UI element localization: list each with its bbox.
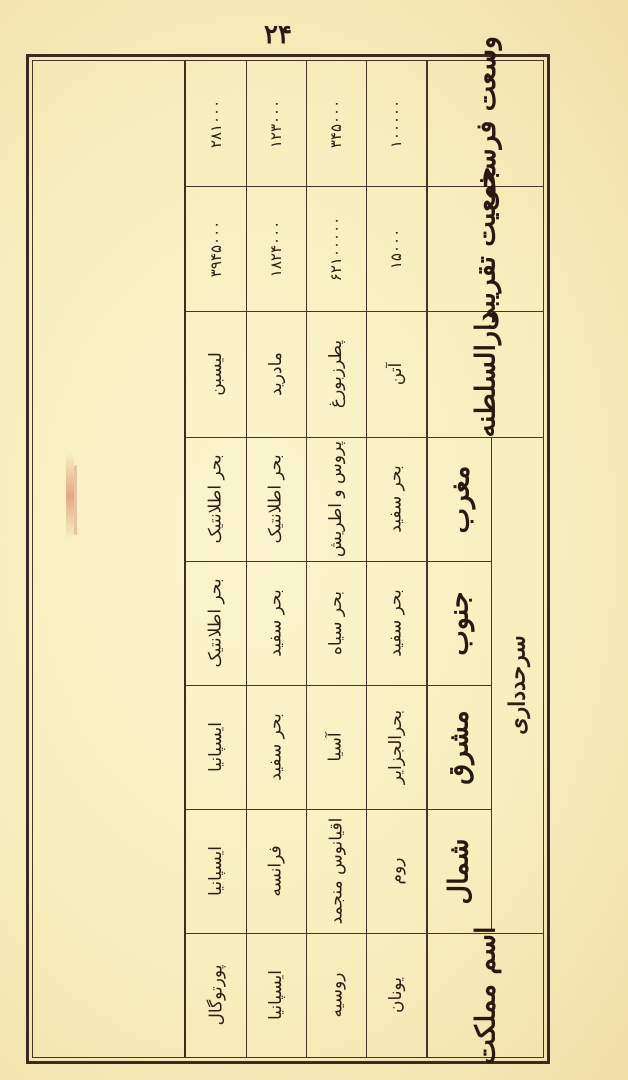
- cell-population: ۱۸۲۴۰۰۰: [246, 186, 306, 311]
- cell-country: ایسپانیا: [246, 933, 306, 1057]
- header-west: مغرب: [428, 437, 491, 561]
- cell-west: بحر اطلانتیک: [186, 437, 246, 561]
- cell-capital: مادرید: [246, 311, 306, 437]
- cell-country: پورتوگال: [186, 933, 246, 1057]
- cell-area: ۱۰۰۰۰۰: [366, 61, 426, 186]
- blank-margin-area: [33, 61, 183, 1057]
- header-south: جنوب: [428, 561, 491, 685]
- header-country: اسم مملکت: [428, 933, 544, 1057]
- header-population: جمعیت تقریبی: [428, 186, 544, 311]
- header-north: شمال: [428, 809, 491, 933]
- cell-north: فرانسه: [246, 809, 306, 933]
- cell-north: روم: [366, 809, 426, 933]
- header-capital: دارالسلطنه: [428, 311, 544, 437]
- header-east: مشرق: [428, 685, 491, 809]
- cell-east: ایسپانیا: [186, 685, 246, 809]
- cell-capital: لیسبن: [186, 311, 246, 437]
- cell-east: آسیا: [306, 685, 366, 809]
- cell-population: ۱۵۰۰۰: [366, 186, 426, 311]
- cell-north: ایسپانیا: [186, 809, 246, 933]
- page-number: ۲۴: [258, 18, 298, 52]
- cell-west: بحر اطلانتیک: [246, 437, 306, 561]
- ink-stain-faint: [74, 465, 77, 535]
- cell-south: بحر سیاه: [306, 561, 366, 685]
- cell-country: یونان: [366, 933, 426, 1057]
- cell-south: بحر سفید: [246, 561, 306, 685]
- cell-east: بحرالجزایر: [366, 685, 426, 809]
- ink-stain: [66, 452, 74, 540]
- geography-table: وسعت فرسخی جمعیت تقریبی دارالسلطنه مغرب …: [184, 61, 546, 1057]
- cell-population: ۶۲۱۰۰۰۰۰: [306, 186, 366, 311]
- cell-north: اقیانوس منجمد: [306, 809, 366, 933]
- cell-population: ۳۹۴۵۰۰۰: [186, 186, 246, 311]
- cell-west: بحر سفید: [366, 437, 426, 561]
- cell-capital: پطرزبورغ: [306, 311, 366, 437]
- cell-east: بحر سفید: [246, 685, 306, 809]
- cell-capital: آتن: [366, 311, 426, 437]
- group-header-borders: سرحدداری: [491, 437, 544, 933]
- cell-area: ۱۲۳۰۰۰: [246, 61, 306, 186]
- cell-south: بحر سفید: [366, 561, 426, 685]
- cell-country: روسیه: [306, 933, 366, 1057]
- cell-area: ۳۴۵۰۰۰: [306, 61, 366, 186]
- cell-south: بحر اطلانتیک: [186, 561, 246, 685]
- cell-area: ۲۸۱۰۰۰: [186, 61, 246, 186]
- cell-west: پروس و اطریش: [306, 437, 366, 561]
